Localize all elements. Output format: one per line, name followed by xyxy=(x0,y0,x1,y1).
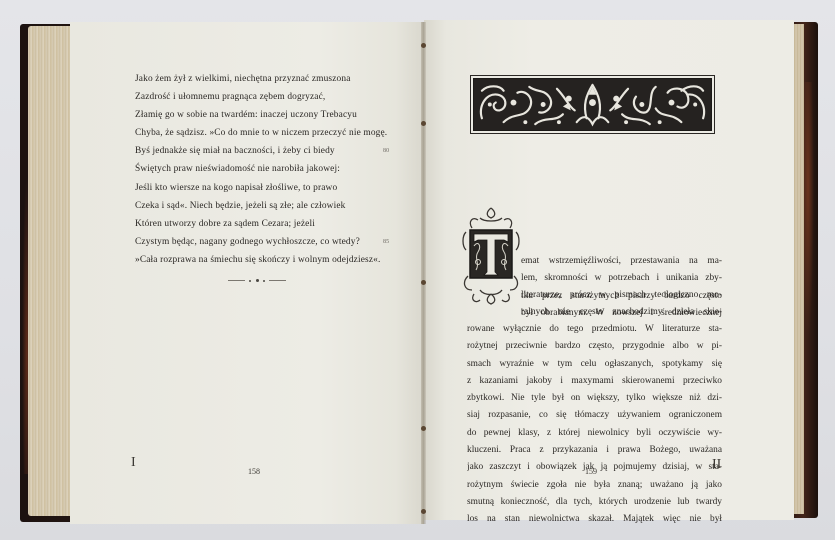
divider-dot xyxy=(263,280,265,282)
floral-ornament-icon xyxy=(473,78,712,131)
page-number-right: 159 xyxy=(585,467,597,476)
line-number: 80 xyxy=(383,142,389,160)
binding-stitch xyxy=(421,426,426,431)
text-line: rowane wyłącznie do tego przedmiotu. W l… xyxy=(467,321,722,338)
divider-dot xyxy=(249,280,251,282)
poem-line-text: Zazdrość i ułomnemu pragnąca zębem dogry… xyxy=(135,92,325,102)
text-line: rożytnej przeciwnie bardzo często, przyg… xyxy=(467,338,722,355)
text-line: lem, skromności w potrzebach i unikania … xyxy=(521,270,722,287)
poem-line: Czystym będąc, nagany godnego wychłoszcz… xyxy=(135,233,405,251)
ornamental-drop-cap xyxy=(460,206,522,306)
poem-line: Zazdrość i ułomnemu pragnąca zębem dogry… xyxy=(135,88,405,106)
poem-line: Czeka i sąd«. Niech będzie, jeżeli są zł… xyxy=(135,197,405,215)
divider-rule xyxy=(269,280,286,281)
poem-line-text: Czystym będąc, nagany godnego wychłoszcz… xyxy=(135,237,360,247)
poem-line-text: Chyba, że sądzisz. »Co do mnie to w nicz… xyxy=(135,128,387,138)
poem-line-text: Jako żem żył z wielkimi, niechętna przyz… xyxy=(135,74,351,84)
book-gutter xyxy=(421,22,426,524)
text-line: siaj rozpasanie, co się tłómaczy używani… xyxy=(467,407,722,424)
page-edges-left xyxy=(28,26,72,516)
binding-stitch xyxy=(421,280,426,285)
paragraph-beside-drop-cap-cont: literaturze, prócz w pismach teologiczno… xyxy=(521,287,722,322)
poem-line: Byś jednakże się miał na baczności, i że… xyxy=(135,142,405,160)
poem-line-text: Któren utworzy dobre za sądem Cezara; je… xyxy=(135,219,315,229)
text-line: do pewnej klasy, z której niewolnicy byl… xyxy=(467,425,722,442)
poem-line-text: »Cała rozprawa na śmiechu się skończy i … xyxy=(135,255,381,265)
signature-mark-left: I xyxy=(131,455,136,471)
poem-line: Jako żem żył z wielkimi, niechętna przyz… xyxy=(135,70,405,88)
text-line: rożytnym świecie zgoła nie była znaną; u… xyxy=(467,477,722,494)
poem-line: »Cała rozprawa na śmiechu się skończy i … xyxy=(135,251,405,269)
poem-line-text: Świętych praw nieświadomość nie narobiła… xyxy=(135,164,340,174)
text-line: literaturze, prócz w pismach teologiczno… xyxy=(521,287,722,304)
text-line: los na stan niewolnictwa skazał. Majątek… xyxy=(467,511,722,528)
text-line: smach wyraźnie w tym celu ogłaszanych, s… xyxy=(467,356,722,373)
poem-line-text: Jeśli kto wiersze na kogo napisał złośli… xyxy=(135,183,337,193)
ornamental-headpiece xyxy=(470,75,715,134)
poem-line-text: Byś jednakże się miał na baczności, i że… xyxy=(135,146,335,156)
text-line: kluczeni. Praca z przykazania i prawa Bo… xyxy=(467,442,722,459)
poem-line: Jeśli kto wiersze na kogo napisał złośli… xyxy=(135,179,405,197)
open-book-photo: Jako żem żył z wielkimi, niechętna przyz… xyxy=(0,0,835,540)
divider-rule xyxy=(228,280,245,281)
poem-text: Jako żem żył z wielkimi, niechętna przyz… xyxy=(135,70,405,269)
text-line: emat wstrzemięźliwości, przestawania na … xyxy=(521,253,722,270)
text-line: z kazaniami jakoby i maxymami skierowane… xyxy=(467,373,722,390)
signature-mark-right: II xyxy=(712,457,721,473)
ornamental-divider xyxy=(228,279,288,282)
poem-line: Chyba, że sądzisz. »Co do mnie to w nicz… xyxy=(135,124,405,142)
text-line: ralnych nie często znachodzimy dzieła sk… xyxy=(521,304,722,321)
binding-stitch xyxy=(421,43,426,48)
poem-line: Świętych praw nieświadomość nie narobiła… xyxy=(135,160,405,178)
text-line: zbytkowi. Nie tyle był on większy, tylko… xyxy=(467,390,722,407)
text-line: smutną konieczność, dla tych, których ur… xyxy=(467,494,722,511)
poem-line: Złamię go w sobie na twardém: inaczej uc… xyxy=(135,106,405,124)
line-number: 85 xyxy=(383,233,389,251)
page-number-left: 158 xyxy=(248,467,260,476)
poem-line: Któren utworzy dobre za sądem Cezara; je… xyxy=(135,215,405,233)
divider-dot xyxy=(256,279,259,282)
paragraph-body: rowane wyłącznie do tego przedmiotu. W l… xyxy=(467,321,722,529)
binding-stitch xyxy=(421,509,426,514)
poem-line-text: Czeka i sąd«. Niech będzie, jeżeli są zł… xyxy=(135,201,346,211)
poem-line-text: Złamię go w sobie na twardém: inaczej uc… xyxy=(135,110,357,120)
binding-stitch xyxy=(421,121,426,126)
